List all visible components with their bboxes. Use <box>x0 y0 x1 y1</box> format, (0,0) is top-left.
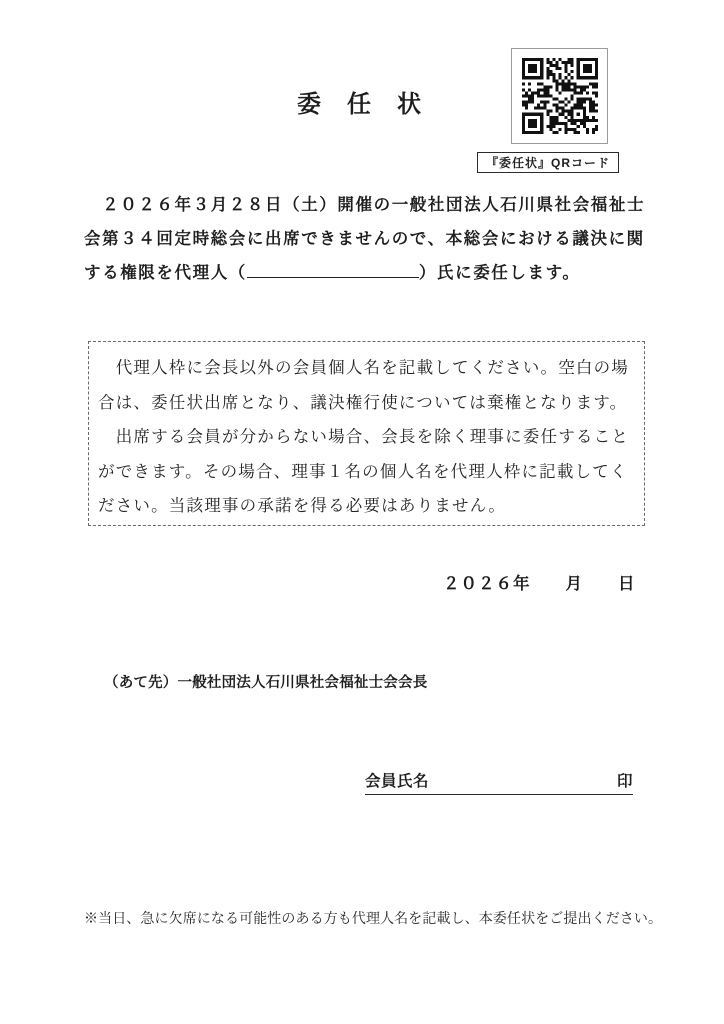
instructions-line-5: ださい。当該理事の承諾を得る必要はありません。 <box>98 489 636 524</box>
instructions-line-1: 代理人枠に会長以外の会員個人名を記載してください。空白の場 <box>98 351 636 386</box>
proxy-name-blank-field <box>247 261 419 278</box>
qr-code-icon <box>522 58 598 134</box>
member-name-label: 会員氏名 <box>365 769 429 791</box>
instructions-line-4: ができます。その場合、理事１名の個人名を代理人枠に記載してく <box>98 455 636 490</box>
footnote-text: ※当日、急に欠席になる可能性のある方も代理人名を記載し、本委任状をご提出ください… <box>84 908 662 928</box>
proxy-line3-suffix: ）氏に委任します。 <box>419 264 581 282</box>
seal-label: 印 <box>617 769 633 791</box>
qr-code-frame <box>511 48 608 144</box>
proxy-form-page: 委 任 状 『委任状』QRコード ２０２６年３月２８日（土）開催の一般社団法人石… <box>0 0 724 1024</box>
proxy-line3-prefix: する権限を代理人（ <box>84 264 247 282</box>
proxy-statement-line-1: ２０２６年３月２８日（土）開催の一般社団法人石川県社会福祉士 <box>84 188 684 222</box>
instructions-line-3: 出席する会員が分からない場合、会長を除く理事に委任すること <box>98 420 636 455</box>
date-fill-in-line: ２０２６年 月 日 <box>443 570 636 594</box>
proxy-statement: ２０２６年３月２８日（土）開催の一般社団法人石川県社会福祉士 会第３４回定時総会… <box>84 188 684 290</box>
qr-code-caption: 『委任状』QRコード <box>477 152 619 173</box>
addressee-line: （あて先）一般社団法人石川県社会福祉士会会長 <box>104 671 427 692</box>
instructions-line-2: 合は、委任状出席となり、議決権行使については棄権となります。 <box>98 386 636 421</box>
page-title: 委 任 状 <box>297 84 422 119</box>
signature-line: 会員氏名 印 <box>365 769 633 795</box>
proxy-statement-line-3: する権限を代理人（）氏に委任します。 <box>84 256 684 290</box>
proxy-statement-line-2: 会第３４回定時総会に出席できませんので、本総会における議決に関 <box>84 222 684 256</box>
instructions-box: 代理人枠に会長以外の会員個人名を記載してください。空白の場 合は、委任状出席とな… <box>88 341 645 526</box>
